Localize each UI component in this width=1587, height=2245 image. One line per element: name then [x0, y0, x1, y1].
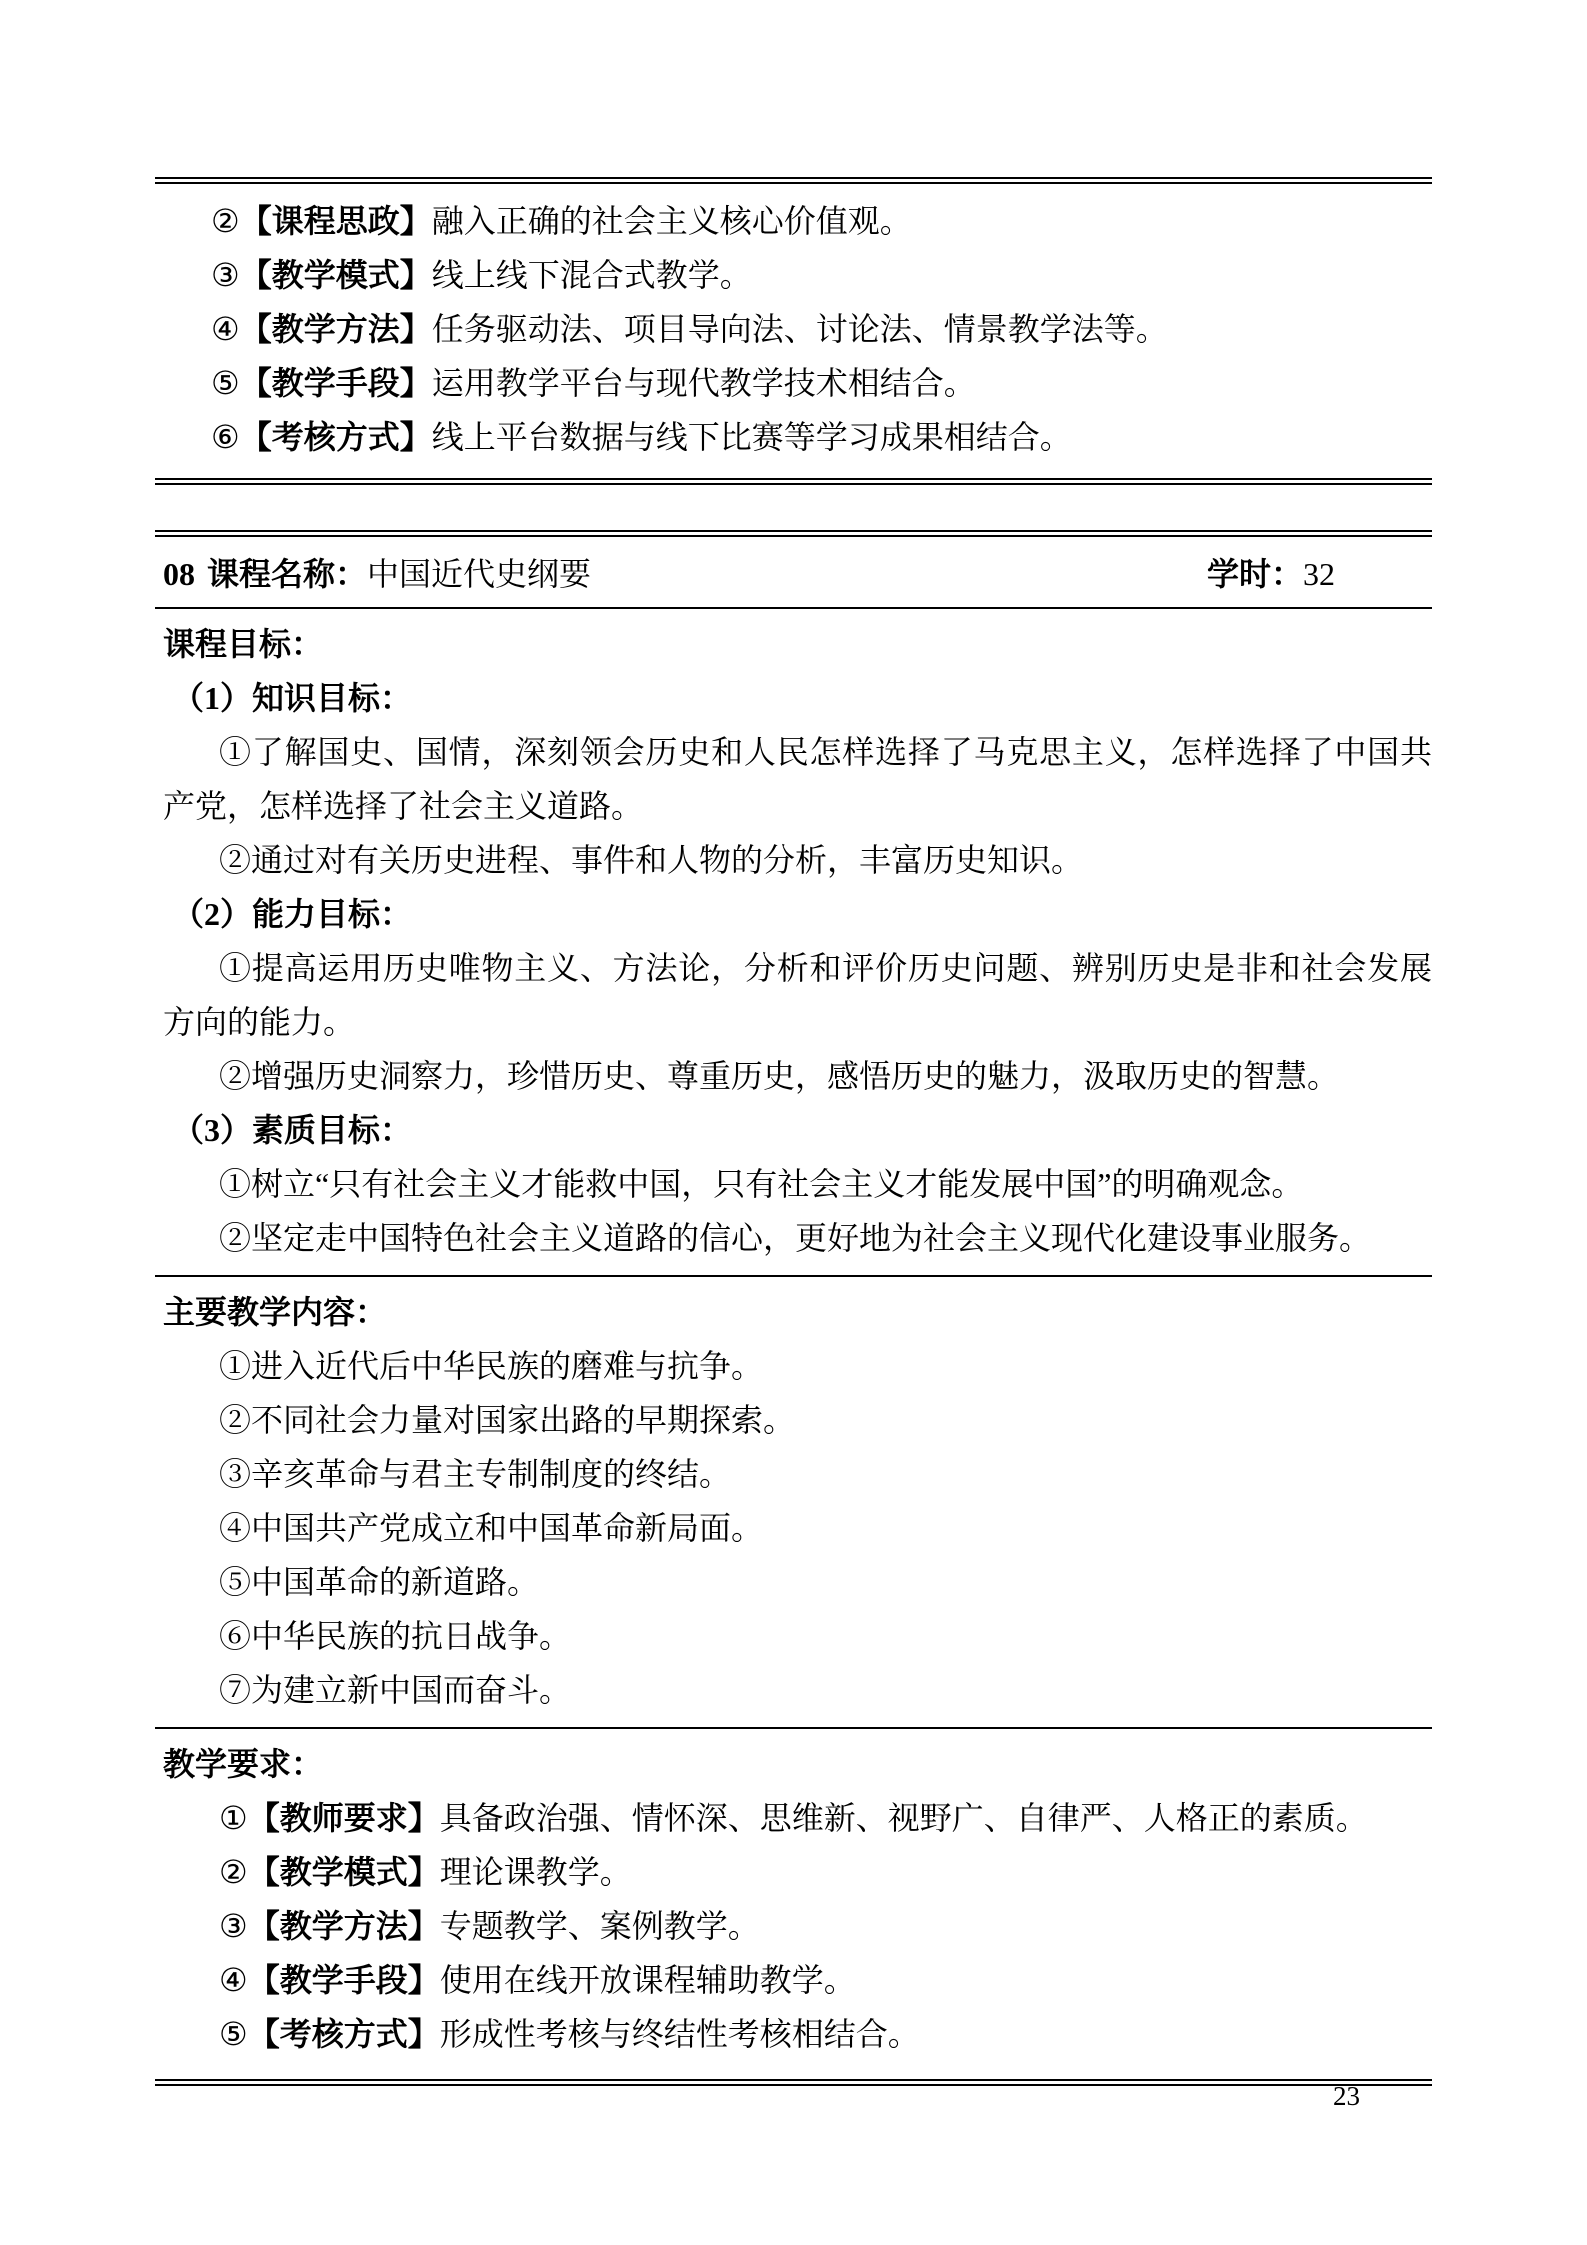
item-number: ③ — [219, 1908, 248, 1944]
objective-paragraph: ②坚定走中国特色社会主义道路的信心，更好地为社会主义现代化建设事业服务。 — [163, 1211, 1432, 1265]
item-number: ④ — [211, 311, 240, 347]
item-text: 理论课教学。 — [440, 1854, 632, 1890]
item-text: 专题教学、案例教学。 — [440, 1908, 760, 1944]
list-item: ⑥线上平台数据与线下比赛等学习成果相结合。【考核方式】线上平台数据与线下比赛等学… — [155, 410, 1432, 464]
course-header-row: 08课程名称：中国近代史纲要 学时：32 — [155, 537, 1432, 609]
document-page: ②【课程思政】融入正确的社会主义核心价值观。 ③【教学模式】线上线下混合式教学。… — [0, 0, 1587, 2245]
list-item: ③【教学模式】线上线下混合式教学。 — [155, 248, 1432, 302]
objective-paragraph: ②增强历史洞察力，珍惜历史、尊重历史，感悟历史的魅力，汲取历史的智慧。 — [163, 1049, 1432, 1103]
item-label: 【考核方式】 — [240, 419, 432, 455]
teaching-content-block: 主要教学内容： ①进入近代后中华民族的磨难与抗争。 ②不同社会力量对国家出路的早… — [155, 1277, 1432, 1729]
item-text: 线上线下混合式教学。 — [432, 257, 752, 293]
content-item: ②不同社会力量对国家出路的早期探索。 — [163, 1393, 1432, 1447]
objective-group-heading: （3）素质目标： — [163, 1103, 1432, 1157]
item-label: 【课程思政】 — [240, 203, 432, 239]
content-item: ⑦为建立新中国而奋斗。 — [163, 1663, 1432, 1717]
item-number: ② — [219, 1854, 248, 1890]
objective-paragraph: ②通过对有关历史进程、事件和人物的分析，丰富历史知识。 — [163, 833, 1432, 887]
requirement-item: ④【教学手段】使用在线开放课程辅助教学。 — [163, 1953, 1432, 2007]
objective-group-heading: （1）知识目标： — [163, 671, 1432, 725]
course-name: 中国近代史纲要 — [367, 556, 591, 592]
content-item: ⑤中国革命的新道路。 — [163, 1555, 1432, 1609]
item-text: 融入正确的社会主义核心价值观。 — [432, 203, 912, 239]
content-item: ③辛亥革命与君主专制制度的终结。 — [163, 1447, 1432, 1501]
item-label: 【教师要求】 — [248, 1800, 440, 1836]
course-hours: 学时：32 — [1207, 549, 1432, 595]
requirement-item: ⑤【考核方式】形成性考核与终结性考核相结合。 — [163, 2007, 1432, 2061]
course-name-label: 课程名称： — [207, 556, 367, 592]
section-title: 课程目标： — [163, 617, 1432, 671]
previous-course-table-continuation: ②【课程思政】融入正确的社会主义核心价值观。 ③【教学模式】线上线下混合式教学。… — [155, 177, 1432, 485]
item-label: 【教学模式】 — [248, 1854, 440, 1890]
item-label: 【教学手段】 — [248, 1962, 440, 1998]
requirement-item: ①【教师要求】具备政治强、情怀深、思维新、视野广、自律严、人格正的素质。 — [163, 1791, 1432, 1845]
item-number: ⑥ — [211, 419, 240, 455]
item-number: ② — [211, 203, 240, 239]
item-number: ⑤ — [211, 365, 240, 401]
section-title: 主要教学内容： — [163, 1285, 1432, 1339]
course-number: 08 — [163, 556, 195, 592]
item-text: 运用教学平台与现代教学技术相结合。 — [432, 365, 976, 401]
objective-paragraph: ①了解国史、国情，深刻领会历史和人民怎样选择了马克思主义，怎样选择了中国共产党，… — [163, 725, 1432, 833]
item-label: 【考核方式】 — [248, 2016, 440, 2052]
hours-value: 32 — [1303, 556, 1335, 592]
content-item: ④中国共产党成立和中国革命新局面。 — [163, 1501, 1432, 1555]
course-08-table: 08课程名称：中国近代史纲要 学时：32 课程目标： （1）知识目标： ①了解国… — [155, 530, 1432, 2086]
item-label: 【教学模式】 — [240, 257, 432, 293]
item-label: 【教学方法】 — [248, 1908, 440, 1944]
requirement-item: ②【教学模式】理论课教学。 — [163, 1845, 1432, 1899]
course-title: 08课程名称：中国近代史纲要 — [163, 549, 591, 595]
item-text: 使用在线开放课程辅助教学。 — [440, 1962, 856, 1998]
list-item: ②【课程思政】融入正确的社会主义核心价值观。 — [155, 194, 1432, 248]
page-content: ②【课程思政】融入正确的社会主义核心价值观。 ③【教学模式】线上线下混合式教学。… — [155, 177, 1432, 2086]
list-item: ④【教学方法】任务驱动法、项目导向法、讨论法、情景教学法等。 — [155, 302, 1432, 356]
page-number: 23 — [1333, 2083, 1360, 2110]
hours-label: 学时： — [1207, 556, 1303, 592]
item-number: ④ — [219, 1962, 248, 1998]
content-item: ⑥中华民族的抗日战争。 — [163, 1609, 1432, 1663]
item-text: 线上平台数据与线下比赛等学习成果相结合。 — [432, 419, 1072, 455]
objective-group-heading: （2）能力目标： — [163, 887, 1432, 941]
item-number: ① — [219, 1800, 248, 1836]
requirement-item: ③【教学方法】专题教学、案例教学。 — [163, 1899, 1432, 1953]
item-number: ③ — [211, 257, 240, 293]
item-text: 具备政治强、情怀深、思维新、视野广、自律严、人格正的素质。 — [440, 1800, 1368, 1836]
list-item: ⑤【教学手段】运用教学平台与现代教学技术相结合。 — [155, 356, 1432, 410]
item-label: 【教学手段】 — [240, 365, 432, 401]
item-label: 【教学方法】 — [240, 311, 432, 347]
objective-paragraph: ①树立“只有社会主义才能救中国，只有社会主义才能发展中国”的明确观念。 — [163, 1157, 1432, 1211]
objective-paragraph: ①提高运用历史唯物主义、方法论，分析和评价历史问题、辨别历史是非和社会发展方向的… — [163, 941, 1432, 1049]
course-objectives-block: 课程目标： （1）知识目标： ①了解国史、国情，深刻领会历史和人民怎样选择了马克… — [155, 609, 1432, 1277]
item-text: 形成性考核与终结性考核相结合。 — [440, 2016, 920, 2052]
section-title: 教学要求： — [163, 1737, 1432, 1791]
item-text: 任务驱动法、项目导向法、讨论法、情景教学法等。 — [432, 311, 1168, 347]
teaching-requirements-block: 教学要求： ①【教师要求】具备政治强、情怀深、思维新、视野广、自律严、人格正的素… — [155, 1729, 1432, 2079]
content-item: ①进入近代后中华民族的磨难与抗争。 — [163, 1339, 1432, 1393]
item-number: ⑤ — [219, 2016, 248, 2052]
